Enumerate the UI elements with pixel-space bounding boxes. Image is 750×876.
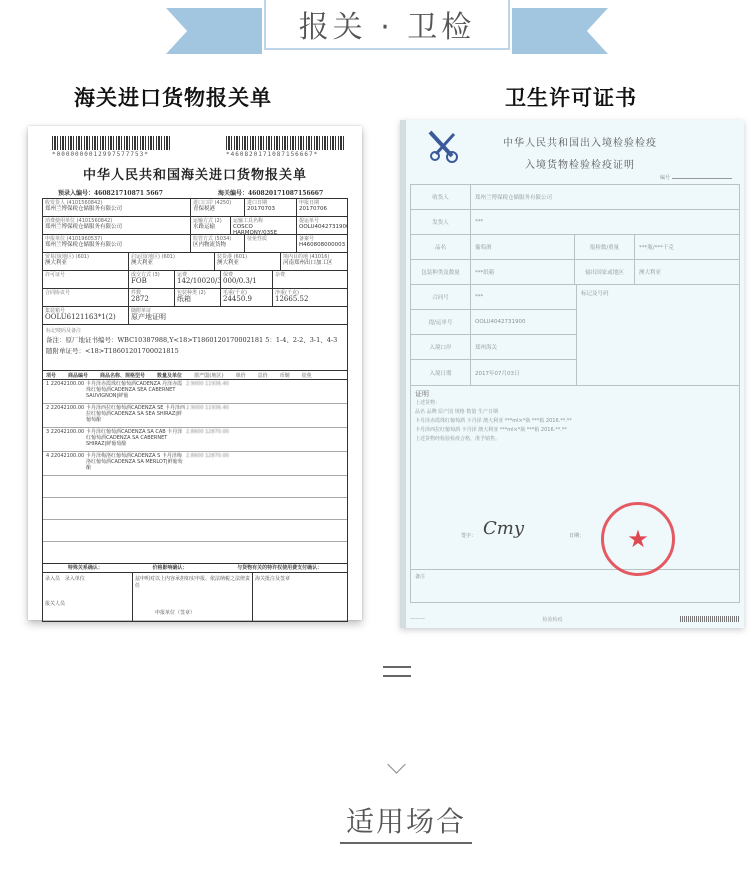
equals-icon [383, 664, 411, 678]
remarks-line: 随附单证号：<18>T18601201700021815 [46, 347, 337, 356]
confirm-row: 特殊关系确认： 价格影响确认： 与货物有关的特许权使用费支付确认： [43, 564, 347, 573]
barcode-number: *460820171087156667* [226, 151, 318, 158]
table-row: 消费使用单位 (4101560842)郑州兰博保税仓储服务有限公司 运输方式 (… [43, 217, 347, 235]
pre-entry-number: 预录入编号：460821710871 5667 [58, 188, 163, 197]
table-row: 入境口岸 郑州海关 [411, 335, 576, 360]
health-table: 收货人 郑州兰博保税仓储服务有限公司 发货人 *** 品名 葡萄酒 报检数/重量… [410, 184, 740, 603]
table-row: 提/运单号 OOLU4042731900 [411, 310, 576, 335]
ribbon-left-decoration [166, 8, 262, 54]
table-row: 收货人 郑州兰博保税仓储服务有限公司 [411, 185, 739, 210]
section-title: 适用场合 [341, 800, 471, 840]
table-row: 合同号 *** [411, 285, 576, 310]
customs-table: 收发货人 (4101560842)郑州兰博保税仓储服务有限公司 进口口岸 (42… [42, 198, 348, 622]
goods-header: 项号 商品编号 商品名称、规格型号 数量及单位 原产国(地区) 单价 总价 币制… [43, 371, 347, 380]
barcode-number: *0000000012997577753* [52, 151, 149, 158]
table-row: 合同协议号 件数2872 包装种类 (2)纸箱 毛重(千克)24450.9 净重… [43, 289, 347, 307]
customs-doc-title: 中华人民共和国海关进口货物报关单 [28, 164, 362, 183]
barcode-icon [226, 136, 344, 150]
certificate-remarks: 证明 上述货物： 品名 品牌 原产国 规格 数量 生产日期 卡丹泽赤霞珠红葡萄酒… [411, 386, 739, 496]
banner-title-box: 报关 · 卫检 [264, 0, 510, 50]
table-row: 集装箱号OOLU6121163*1(2) 随附单证原产地证明 [43, 307, 347, 325]
barcode-icon [680, 616, 740, 622]
table-row: 收发货人 (4101560842)郑州兰博保税仓储服务有限公司 进口口岸 (42… [43, 199, 347, 217]
table-row: 许可证号 成交方式 (3)FOB 运费142/10020/3 保费000/0.3… [43, 271, 347, 289]
customs-doc-label: 海关进口货物报关单 [74, 82, 272, 112]
section-underline [340, 842, 472, 844]
blank-row [43, 542, 347, 564]
note-area: 备注 [411, 570, 739, 602]
marks-cell: 标记及号码 [577, 285, 739, 385]
signature: Cmy [483, 518, 524, 539]
goods-row: 4 22042100.00 卡丹泽梅洛红葡萄酒CADENZA S 卡丹泽梅洛红葡… [43, 452, 347, 476]
cert-number: 编号 [660, 174, 732, 181]
health-doc-label: 卫生许可证书 [505, 82, 637, 112]
table-row: 品名 葡萄酒 报检数/重量 ***瓶/***千克 [411, 235, 739, 260]
goods-row: 2 22042100.00 卡丹泽西拉红葡萄酒CADENZA SE 卡丹泽西拉红… [43, 404, 347, 428]
barcode-icon [52, 136, 170, 150]
table-row: 入境日期 2017年07月03日 [411, 360, 576, 385]
goods-row: 3 22042100.00 卡丹泽红葡萄酒CADENZA SA CAB 卡丹泽红… [43, 428, 347, 452]
official-seal-icon: ★ [601, 502, 675, 576]
goods-row: 1 22042100.00 卡丹泽赤霞珠红葡萄酒CADENZA 丹泽赤霞珠红葡萄… [43, 380, 347, 404]
health-doc-title: 中华人民共和国出入境检验检疫 [406, 134, 744, 149]
blank-row [43, 520, 347, 542]
table-row: 申报单位 (4101960537)郑州兰博保税仓储服务有限公司 监管方式 (50… [43, 235, 347, 253]
ribbon-right-decoration [512, 8, 608, 54]
chevron-down-icon [386, 758, 406, 778]
health-doc-subtitle: 入境货物检验检疫证明 [406, 156, 744, 171]
table-row: 贸易国(地区) (601)澳大利亚 启运国(地区) (601)澳大利亚 装货港 … [43, 253, 347, 271]
customs-declaration-image: *0000000012997577753* *46082017108715666… [28, 126, 362, 620]
banner-header: 报关 · 卫检 [0, 0, 750, 56]
table-row: 包装种类及数量 ***纸箱 输出国家或地区 澳大利亚 [411, 260, 739, 285]
certificate-footer: ——— 检验检疫 [410, 614, 740, 624]
health-certificate-image: 中华人民共和国出入境检验检疫 入境货物检验检疫证明 编号 收货人 郑州兰博保税仓… [400, 120, 744, 628]
remarks-line: 备注：原厂地证书编号：WBC10387988,Y<18>T18601201700… [46, 336, 337, 345]
blank-row [43, 476, 347, 498]
customs-number: 海关编号：460820171087156667 [218, 188, 323, 197]
table-row: 发货人 *** [411, 210, 739, 235]
banner-title: 报关 · 卫检 [299, 2, 476, 46]
signature-area: 录入员 录入单位 报关人员 兹申明对以上内容承担如实申报、依法纳税之法律责任 申… [43, 573, 347, 621]
blank-row [43, 498, 347, 520]
remarks-area: 标记唛码及备注 备注：原厂地证书编号：WBC10387988,Y<18>T186… [43, 325, 347, 371]
signature-stamp-area: 签字： Cmy 日期： ★ [411, 496, 739, 570]
